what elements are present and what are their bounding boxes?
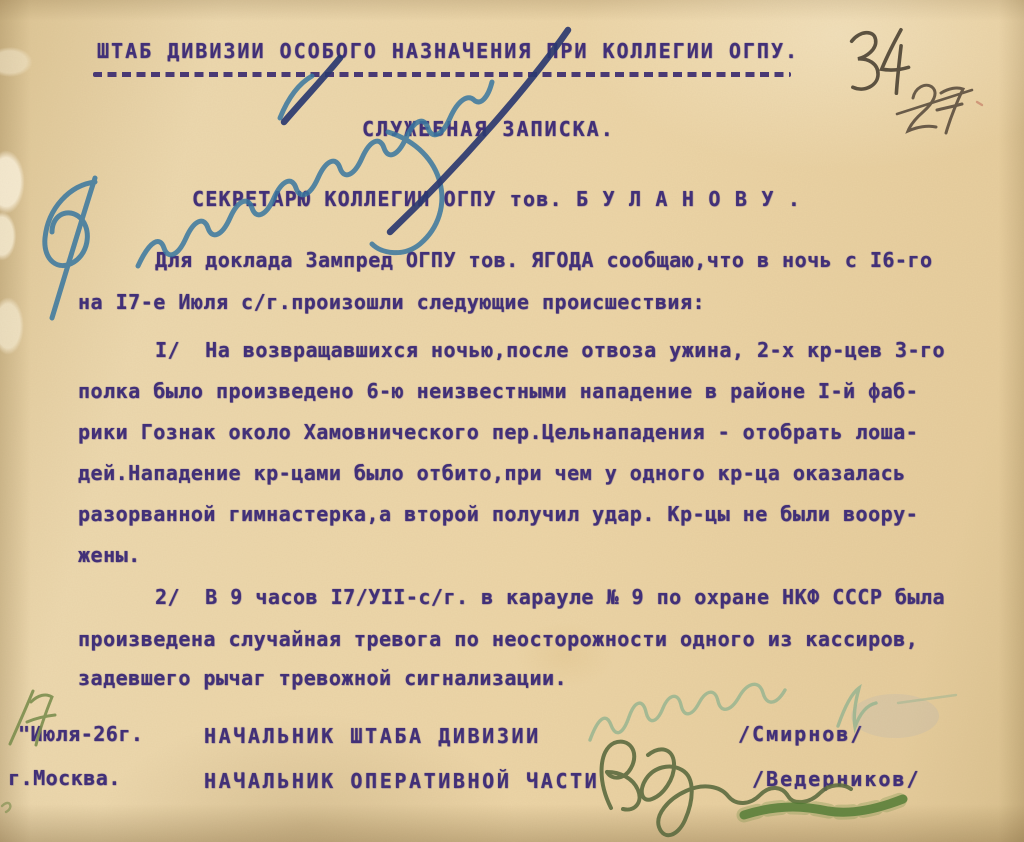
body-line: произведена случайная тревога по неостор…: [78, 626, 918, 652]
body-line: на I7-е Июля с/г.произошли следующие про…: [78, 289, 705, 315]
body-line: I/ На возвращавшихся ночью,после отвоза …: [155, 337, 945, 363]
letterhead-rule: [93, 72, 791, 77]
document-page: ШТАБ ДИВИЗИИ ОСОБОГО НАЗНАЧЕНИЯ ПРИ КОЛЛ…: [0, 0, 1024, 842]
green-smudge: [744, 799, 903, 815]
signature2-title: НАЧАЛЬНИК ОПЕРАТИВНОЙ ЧАСТИ: [204, 768, 599, 794]
signature1-title: НАЧАЛЬНИК ШТАБА ДИВИЗИИ: [204, 723, 541, 749]
pencil-number-34: [849, 29, 910, 96]
body-line: жены.: [78, 542, 141, 568]
place-line: г.Москва.: [8, 765, 121, 791]
body-line: дей.Нападение кр-цами было отбито,при че…: [78, 460, 906, 486]
body-line: полка было произведено 6-ю неизвестными …: [78, 378, 918, 404]
pencil-number-27-crossed: [897, 85, 982, 133]
letterhead-title: ШТАБ ДИВИЗИИ ОСОБОГО НАЗНАЧЕНИЯ ПРИ КОЛЛ…: [97, 38, 799, 64]
body-line: Для доклада Зампред ОГПУ тов. ЯГОДА сооб…: [155, 247, 933, 273]
signature2-name: /Ведерников/: [752, 766, 921, 792]
signature1-name: /Смирнов/: [738, 721, 864, 747]
body-line: рики Гознак около Хамовнического пер.Цел…: [78, 419, 918, 445]
body-line: разорванной гимнастерка,а второй получил…: [78, 501, 918, 527]
handwritten-date-17: [2, 691, 55, 812]
body-line: задевшего рычаг тревожной сигнализации.: [78, 665, 567, 691]
addressee-line: СЕКРЕТАРЮ КОЛЛЕГИИ ОГПУ тов. Б У Л А Н О…: [192, 186, 801, 212]
date-typed: "Июля-26г.: [18, 721, 143, 747]
doc-type-title: СЛУЖЕБНАЯ ЗАПИСКА.: [362, 116, 615, 142]
body-line: 2/ В 9 часов I7/УII-с/г. в карауле № 9 п…: [155, 584, 945, 610]
